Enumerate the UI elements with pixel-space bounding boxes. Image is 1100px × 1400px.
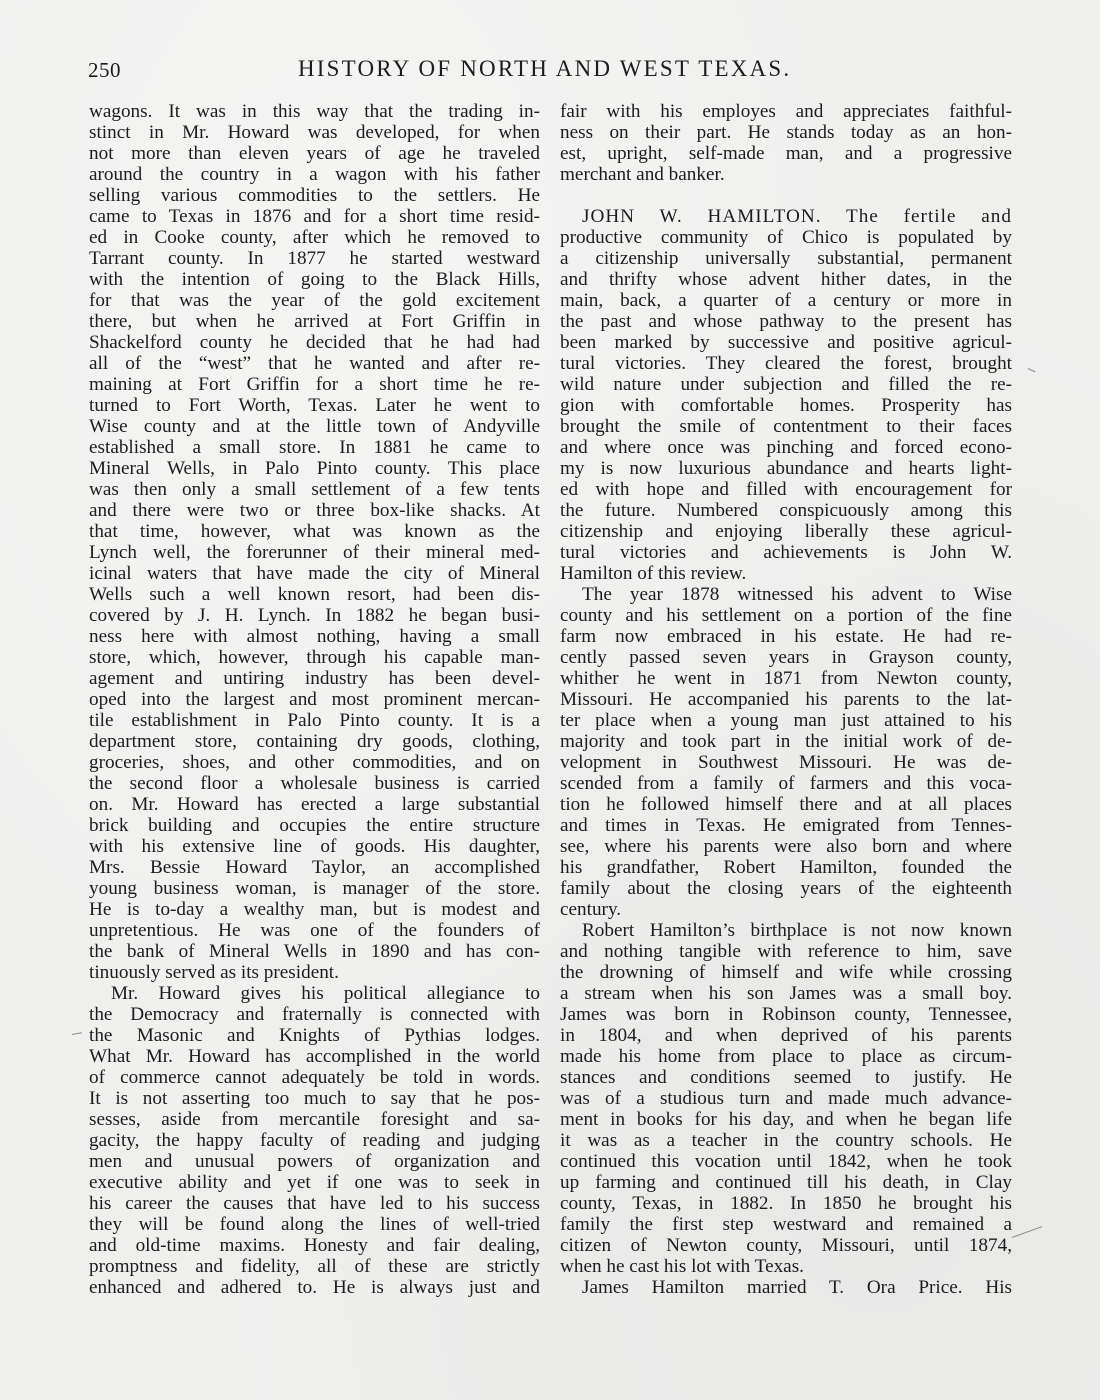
- text-line: unpretentious. He was one of the founder…: [89, 920, 540, 941]
- text-line: it was as a teacher in the country schoo…: [560, 1130, 1012, 1151]
- section-hamilton: JOHN W. HAMILTON. The fertile and produc…: [560, 206, 1012, 584]
- text-line: with the intention of going to the Black…: [89, 269, 540, 290]
- text-line: of commerce cannot adequately be told in…: [89, 1067, 540, 1088]
- section-heading-line: JOHN W. HAMILTON. The fertile and: [560, 206, 1012, 227]
- text-line: Mrs. Bessie Howard Taylor, an accomplish…: [89, 857, 540, 878]
- text-line: maining at Fort Griffin for a short time…: [89, 374, 540, 395]
- text-line: the Democracy and fraternally is connect…: [89, 1004, 540, 1025]
- text-line: turned to Fort Worth, Texas. Later he we…: [89, 395, 540, 416]
- text-line: citizenship and enjoying liberally these…: [560, 521, 1012, 542]
- text-line: The year 1878 witnessed his advent to Wi…: [560, 584, 1012, 605]
- text-line: county, Texas, in 1882. In 1850 he broug…: [560, 1193, 1012, 1214]
- text-line: continued this vocation until 1842, when…: [560, 1151, 1012, 1172]
- text-line: was of a studious turn and made much adv…: [560, 1088, 1012, 1109]
- text-line: ter place when a young man just attained…: [560, 710, 1012, 731]
- left-column: wagons. It was in this way that the trad…: [89, 101, 540, 1298]
- paragraph: wagons. It was in this way that the trad…: [89, 101, 540, 983]
- text-line: been marked by successive and positive a…: [560, 332, 1012, 353]
- text-line: in 1804, and when deprived of his parent…: [560, 1025, 1012, 1046]
- text-line: Lynch well, the forerunner of their mine…: [89, 542, 540, 563]
- text-line: productive community of Chico is populat…: [560, 227, 1012, 248]
- text-line: wagons. It was in this way that the trad…: [89, 101, 540, 122]
- text-line: there, but when he arrived at Fort Griff…: [89, 311, 540, 332]
- text-line: tural victories. They cleared the forest…: [560, 353, 1012, 374]
- text-line: and times in Texas. He emigrated from Te…: [560, 815, 1012, 836]
- text-line: Mineral Wells, in Palo Pinto county. Thi…: [89, 458, 540, 479]
- text-line: county and his settlement on a portion o…: [560, 605, 1012, 626]
- text-line: the Masonic and Knights of Pythias lodge…: [89, 1025, 540, 1046]
- text-line: the second floor a wholesale business is…: [89, 773, 540, 794]
- text-line: and where once was pinching and forced e…: [560, 437, 1012, 458]
- text-line: established a small store. In 1881 he ca…: [89, 437, 540, 458]
- text-line: store, which, however, through his capab…: [89, 647, 540, 668]
- section-gap: [560, 185, 1012, 206]
- text-line: made his home from place to place as cir…: [560, 1046, 1012, 1067]
- text-line: young business woman, is manager of the …: [89, 878, 540, 899]
- text-line: see, where his parents were also born an…: [560, 836, 1012, 857]
- text-line: Robert Hamilton’s birthplace is not now …: [560, 920, 1012, 941]
- text-line: enhanced and adhered to. He is always ju…: [89, 1277, 540, 1298]
- text-line: men and unusual powers of organization a…: [89, 1151, 540, 1172]
- text-line: citizen of Newton county, Missouri, unti…: [560, 1235, 1012, 1256]
- text-line: oped into the largest and most prominent…: [89, 689, 540, 710]
- text-line: promptness and fidelity, all of these ar…: [89, 1256, 540, 1277]
- text-line: gion with comfortable homes. Prosperity …: [560, 395, 1012, 416]
- paragraph: fair with his employes and appreciates f…: [560, 101, 1012, 185]
- text-line: sesses, aside from mercantile foresight …: [89, 1109, 540, 1130]
- text-line: Mr. Howard gives his political allegianc…: [89, 983, 540, 1004]
- text-line: He is to-day a wealthy man, but is modes…: [89, 899, 540, 920]
- text-line: main, back, a quarter of a century or mo…: [560, 290, 1012, 311]
- text-line: that time, however, what was known as th…: [89, 521, 540, 542]
- text-line: a citizenship universally substantial, p…: [560, 248, 1012, 269]
- text-line: the drowning of himself and wife while c…: [560, 962, 1012, 983]
- text-line: the future. Numbered conspicuously among…: [560, 500, 1012, 521]
- text-line: tion he followed himself there and at al…: [560, 794, 1012, 815]
- paragraph: Robert Hamilton’s birthplace is not now …: [560, 920, 1012, 1277]
- text-line: tinuously served as its president.: [89, 962, 540, 983]
- paragraph: The year 1878 witnessed his advent to Wi…: [560, 584, 1012, 920]
- text-line: ness on their part. He stands today as a…: [560, 122, 1012, 143]
- text-line: the past and whose pathway to the presen…: [560, 311, 1012, 332]
- book-page: 250 HISTORY OF NORTH AND WEST TEXAS. wag…: [0, 0, 1100, 1400]
- text-line: It is not asserting too much to say that…: [89, 1088, 540, 1109]
- text-line: Tarrant county. In 1877 he started westw…: [89, 248, 540, 269]
- text-line: est, upright, self-made man, and a progr…: [560, 143, 1012, 164]
- text-line: they will be found along the lines of we…: [89, 1214, 540, 1235]
- right-column: fair with his employes and appreciates f…: [560, 101, 1012, 1298]
- text-line: a stream when his son James was a small …: [560, 983, 1012, 1004]
- text-line: majority and took part in the initial wo…: [560, 731, 1012, 752]
- text-line: around the country in a wagon with his f…: [89, 164, 540, 185]
- text-line: executive ability and yet if one was to …: [89, 1172, 540, 1193]
- text-line: family the first step westward and remai…: [560, 1214, 1012, 1235]
- text-line: his grandfather, Robert Hamilton, founde…: [560, 857, 1012, 878]
- text-line: groceries, shoes, and other commodities,…: [89, 752, 540, 773]
- text-line: my is now luxurious abundance and hearts…: [560, 458, 1012, 479]
- text-line: velopment in Southwest Missouri. He was …: [560, 752, 1012, 773]
- text-line: covered by J. H. Lynch. In 1882 he began…: [89, 605, 540, 626]
- text-line: ment in books for his day, and when he b…: [560, 1109, 1012, 1130]
- margin-pencil-mark: [1012, 1226, 1042, 1238]
- text-line: brought the smile of contentment to thei…: [560, 416, 1012, 437]
- text-line: not more than eleven years of age he tra…: [89, 143, 540, 164]
- text-line: family about the closing years of the ei…: [560, 878, 1012, 899]
- margin-pencil-mark: [72, 1032, 82, 1035]
- text-line: up farming and continued till his death,…: [560, 1172, 1012, 1193]
- text-line: ed in Cooke county, after which he remov…: [89, 227, 540, 248]
- text-line: agement and untiring industry has been d…: [89, 668, 540, 689]
- text-line: James was born in Robinson county, Tenne…: [560, 1004, 1012, 1025]
- margin-pencil-mark: [1028, 368, 1036, 372]
- text-line: brick building and occupies the entire s…: [89, 815, 540, 836]
- text-line: Wells such a well known resort, had been…: [89, 584, 540, 605]
- text-line: cently passed seven years in Grayson cou…: [560, 647, 1012, 668]
- page-number: 250: [88, 58, 121, 83]
- text-line: for that was the year of the gold excite…: [89, 290, 540, 311]
- text-line: and nothing tangible with reference to h…: [560, 941, 1012, 962]
- text-line: Wise county and at the little town of An…: [89, 416, 540, 437]
- text-line: tile establishment in Palo Pinto county.…: [89, 710, 540, 731]
- text-line: wild nature under subjection and filled …: [560, 374, 1012, 395]
- running-head: 250 HISTORY OF NORTH AND WEST TEXAS.: [88, 56, 1020, 86]
- text-line: and thrifty whose advent hither dates, i…: [560, 269, 1012, 290]
- text-line: department store, containing dry goods, …: [89, 731, 540, 752]
- text-line: stinct in Mr. Howard was developed, for …: [89, 122, 540, 143]
- text-line: his career the causes that have led to h…: [89, 1193, 540, 1214]
- text-line: What Mr. Howard has accomplished in the …: [89, 1046, 540, 1067]
- text-line: stances and conditions seemed to justify…: [560, 1067, 1012, 1088]
- text-line: Shackelford county he decided that he ha…: [89, 332, 540, 353]
- text-line: on. Mr. Howard has erected a large subst…: [89, 794, 540, 815]
- text-line: the bank of Mineral Wells in 1890 and ha…: [89, 941, 540, 962]
- text-line: and old-time maxims. Honesty and fair de…: [89, 1235, 540, 1256]
- text-line: James Hamilton married T. Ora Price. His: [560, 1277, 1012, 1298]
- text-line: merchant and banker.: [560, 164, 1012, 185]
- text-line: and there were two or three box-like sha…: [89, 500, 540, 521]
- text-line: ed with hope and filled with encourageme…: [560, 479, 1012, 500]
- text-line: century.: [560, 899, 1012, 920]
- text-line: ness here with almost nothing, having a …: [89, 626, 540, 647]
- text-line: farm now embraced in his estate. He had …: [560, 626, 1012, 647]
- text-line: selling various commodities to the settl…: [89, 185, 540, 206]
- text-line: Hamilton of this review.: [560, 563, 1012, 584]
- running-title: HISTORY OF NORTH AND WEST TEXAS.: [298, 56, 791, 82]
- text-line: all of the “west” that he wanted and aft…: [89, 353, 540, 374]
- text-line: with his extensive line of goods. His da…: [89, 836, 540, 857]
- text-line: icinal waters that have made the city of…: [89, 563, 540, 584]
- paragraph: Mr. Howard gives his political allegianc…: [89, 983, 540, 1298]
- text-line: tural victories and achievements is John…: [560, 542, 1012, 563]
- text-line: fair with his employes and appreciates f…: [560, 101, 1012, 122]
- text-line: Missouri. He accompanied his parents to …: [560, 689, 1012, 710]
- text-line: when he cast his lot with Texas.: [560, 1256, 1012, 1277]
- text-line: was then only a small settlement of a fe…: [89, 479, 540, 500]
- text-line: gacity, the happy faculty of reading and…: [89, 1130, 540, 1151]
- text-line: whither he went in 1871 from Newton coun…: [560, 668, 1012, 689]
- text-line: came to Texas in 1876 and for a short ti…: [89, 206, 540, 227]
- paragraph: James Hamilton married T. Ora Price. His: [560, 1277, 1012, 1298]
- text-line: scended from a family of farmers and thi…: [560, 773, 1012, 794]
